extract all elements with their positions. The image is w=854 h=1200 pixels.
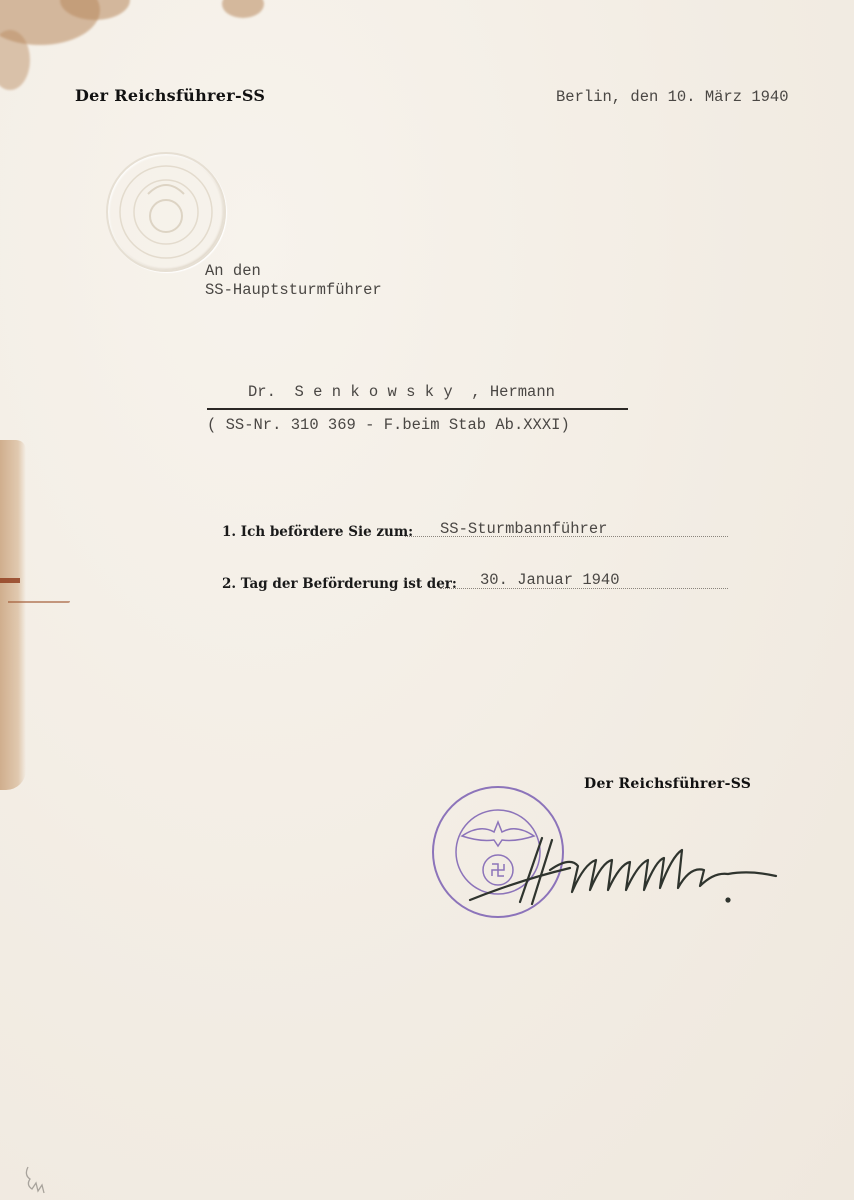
place-date: Berlin, den 10. März 1940 — [556, 88, 789, 106]
recipient-underline — [207, 408, 628, 410]
water-stain — [222, 0, 264, 18]
recipient-name: Dr. S e n k o w s k y , Hermann — [248, 383, 555, 401]
promotion-date-value: 30. Januar 1940 — [480, 571, 620, 589]
document-page: Der Reichsführer-SS Berlin, den 10. März… — [0, 0, 854, 1200]
signature-title: Der Reichsführer-SS — [584, 776, 751, 792]
promotion-rank-value: SS-Sturmbannführer — [440, 520, 607, 538]
letterhead: Der Reichsführer-SS — [75, 86, 265, 105]
handwritten-signature — [460, 830, 800, 920]
addressee-line1: An den — [205, 262, 261, 280]
recipient-details: ( SS-Nr. 310 369 - F.beim Stab Ab.XXXI) — [207, 416, 570, 434]
addressee-line2: SS-Hauptsturmführer — [205, 281, 382, 299]
seal-emblem-icon — [108, 154, 224, 270]
pencil-initials — [22, 1165, 52, 1195]
rust-mark — [8, 601, 70, 603]
edge-stain — [0, 440, 26, 790]
rust-mark — [0, 578, 20, 583]
promotion-rank-label: 1. Ich befördere Sie zum: — [222, 524, 413, 540]
promotion-date-label: 2. Tag der Beförderung ist der: — [222, 576, 457, 592]
embossed-seal — [106, 152, 226, 272]
